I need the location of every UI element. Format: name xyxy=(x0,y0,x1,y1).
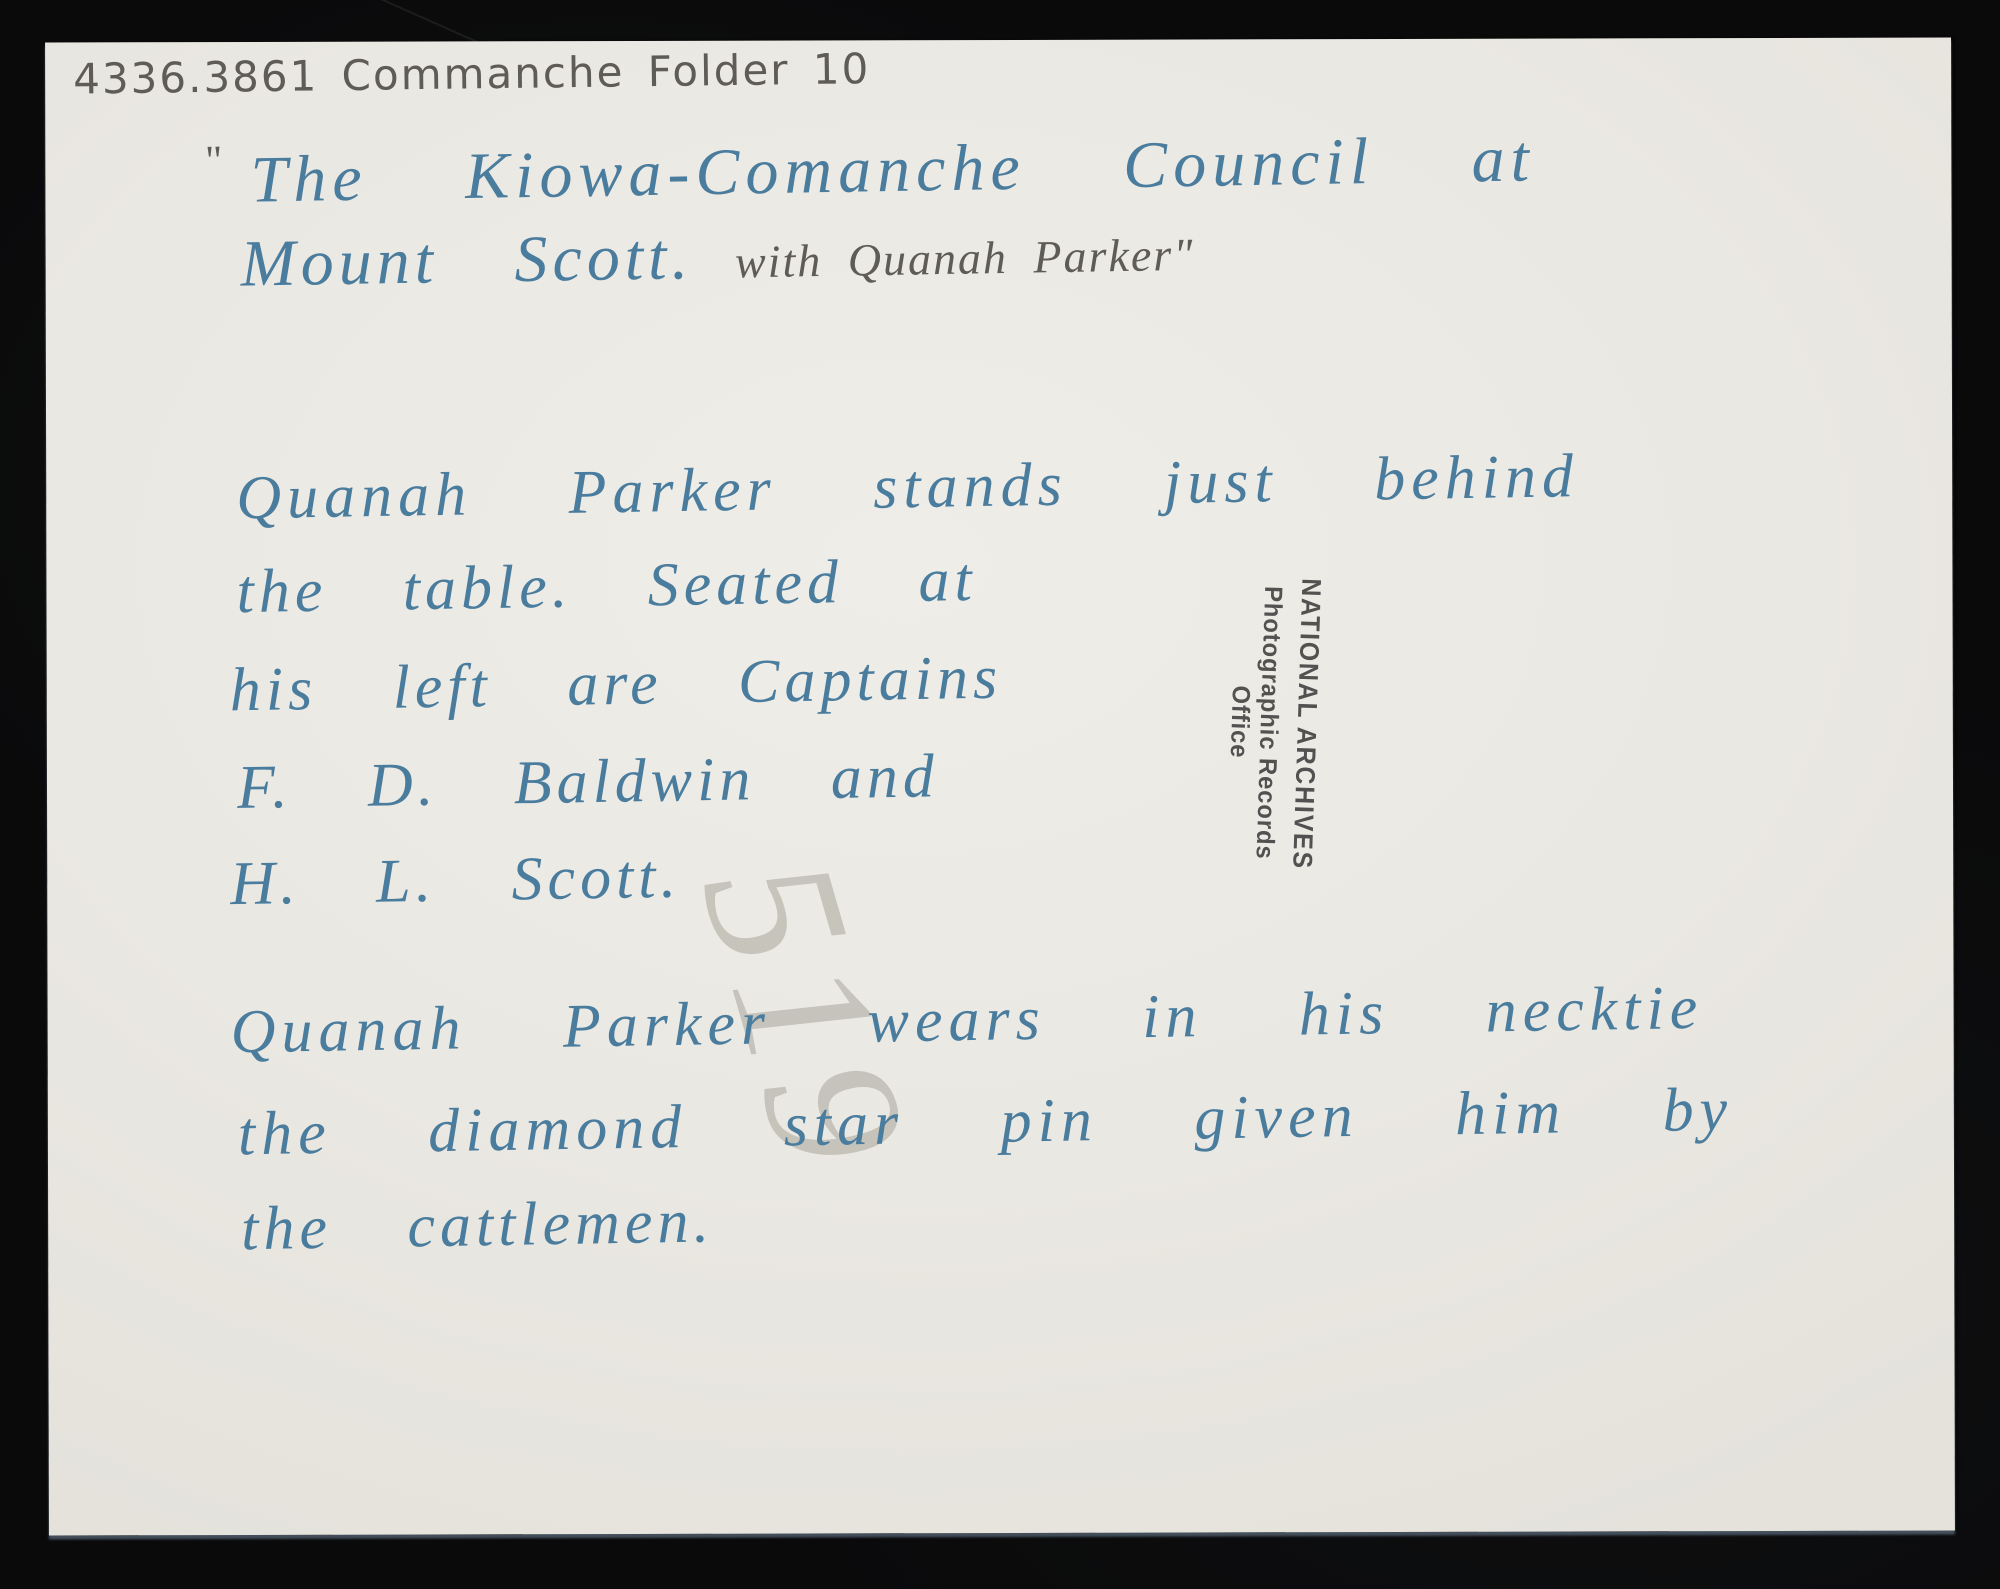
caption-line-2-ink: Mount Scott. xyxy=(240,220,693,300)
description-line: Quanah Parker stands just behind xyxy=(236,441,1580,534)
national-archives-stamp: NATIONAL ARCHIVES Photographic Records O… xyxy=(1232,542,1328,905)
caption-open-quote: " xyxy=(205,137,223,185)
stamp-line-2: Photographic Records Office xyxy=(1219,551,1288,895)
caption-line-1: "The Kiowa-Comanche Council at xyxy=(205,121,1536,219)
caption-line-1-text: The Kiowa-Comanche Council at xyxy=(250,122,1536,216)
catalog-pencil-note: 4336.3861 Commanche Folder 10 xyxy=(73,44,871,103)
caption-line-2: Mount Scott.with Quanah Parker" xyxy=(240,211,1195,303)
description-line: F. D. Baldwin and xyxy=(236,741,939,824)
stamp-line-1: NATIONAL ARCHIVES xyxy=(1285,558,1327,890)
caption-line-2-pencil: with Quanah Parker" xyxy=(735,229,1195,288)
description-line: H. L. Scott. xyxy=(230,842,682,920)
note-line: the diamond star pin given him by xyxy=(237,1075,1733,1171)
description-line: the table. Seated at xyxy=(236,545,977,628)
note-line: Quanah Parker wears in his necktie xyxy=(230,973,1704,1068)
description-line: his left are Captains xyxy=(229,643,1002,727)
photo-verso-sheet: 4336.3861 Commanche Folder 10 "The Kiowa… xyxy=(45,38,1955,1536)
note-line: the cattlemen. xyxy=(241,1186,715,1265)
